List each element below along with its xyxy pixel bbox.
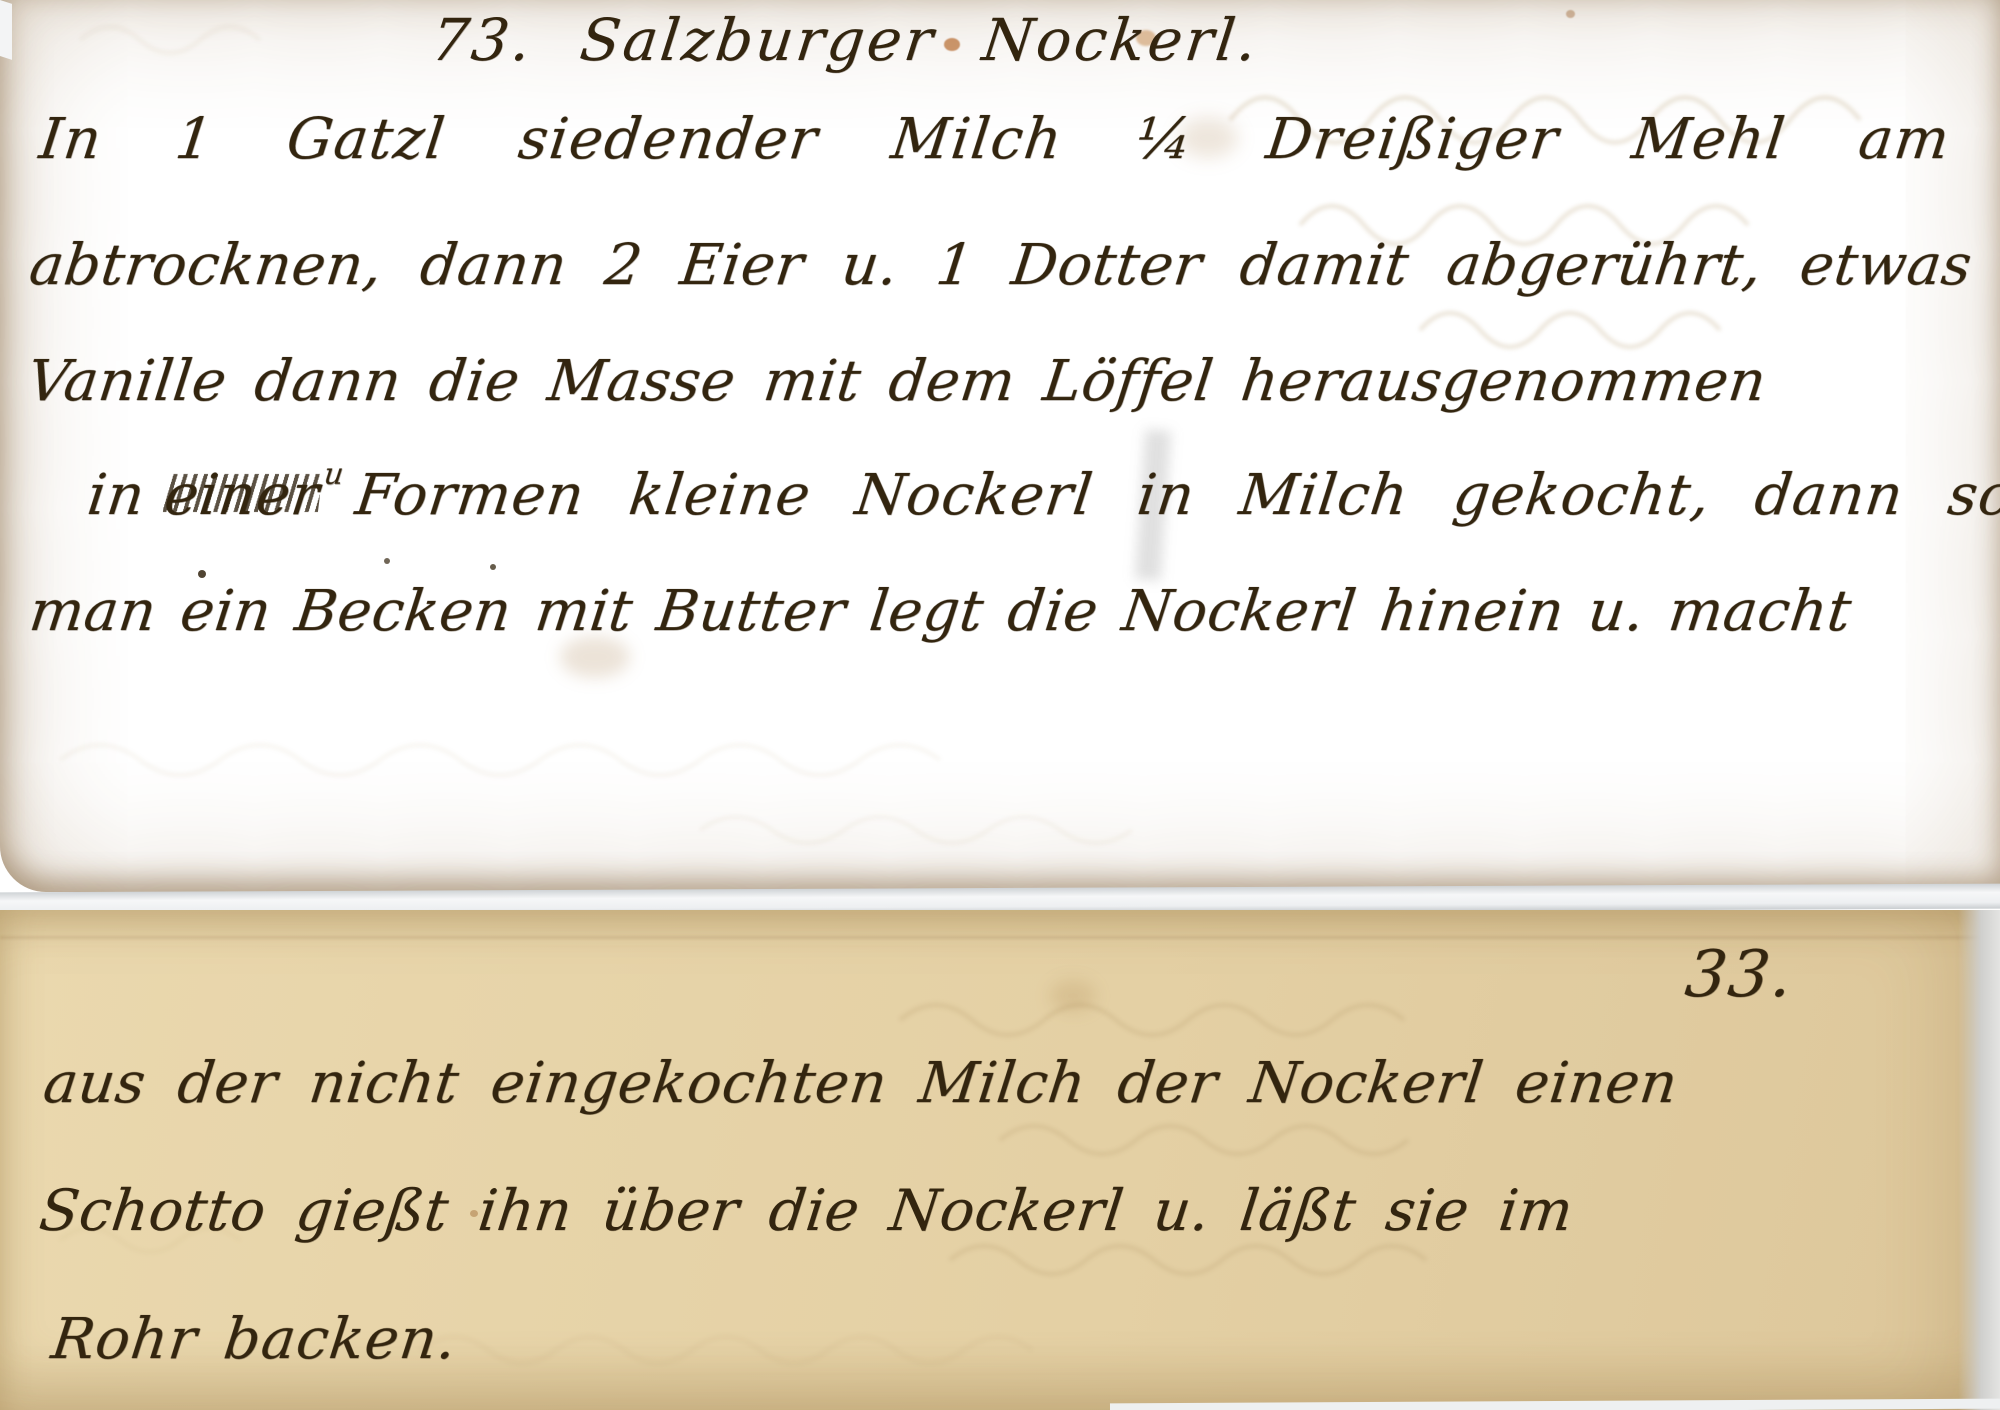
manuscript-line-5: man ein Becken mit Butter legt die Nocke… (26, 578, 1855, 644)
manuscript-line-4: ineineruFormen kleine Nockerl in Milch g… (84, 462, 2000, 528)
page-number: 33. (1681, 938, 1798, 1012)
crossed-out-word: einer (161, 462, 324, 528)
scan-edge-sliver (0, 0, 12, 60)
page-top: 73. Salzburger Nockerl. In 1 Gatzl siede… (0, 0, 2000, 892)
manuscript-line-1: In 1 Gatzl siedender Milch ¼ Dreißiger M… (36, 106, 2000, 172)
kurrent-u-mark: u (322, 457, 347, 492)
ink-spot (384, 558, 390, 564)
recipe-title: 73. Salzburger Nockerl. (428, 6, 1264, 74)
stain-smudge (1050, 980, 1096, 1012)
manuscript-line-2: abtrocknen, dann 2 Eier u. 1 Dotter dami… (26, 232, 1976, 298)
page-bottom: 33. aus der nicht eingekochten Milch der… (0, 910, 2000, 1410)
manuscript-line-8: Rohr backen. (48, 1306, 461, 1372)
stain-dot (1566, 10, 1575, 18)
manuscript-line-3: Vanille dann die Masse mit dem Löffel he… (24, 348, 1770, 414)
ink-spot (198, 570, 206, 578)
line-4-start: in (84, 462, 149, 528)
manuscript-line-7: Schotto gießt ihn über die Nockerl u. lä… (36, 1178, 1577, 1244)
line-4-rest: Formen kleine Nockerl in Milch gekocht, … (352, 462, 2000, 528)
ink-spot (490, 564, 496, 570)
manuscript-line-6: aus der nicht eingekochten Milch der Noc… (40, 1050, 1681, 1116)
manuscript-scan: 73. Salzburger Nockerl. In 1 Gatzl siede… (0, 0, 2000, 1410)
scan-edge-strip (1958, 910, 2000, 1410)
